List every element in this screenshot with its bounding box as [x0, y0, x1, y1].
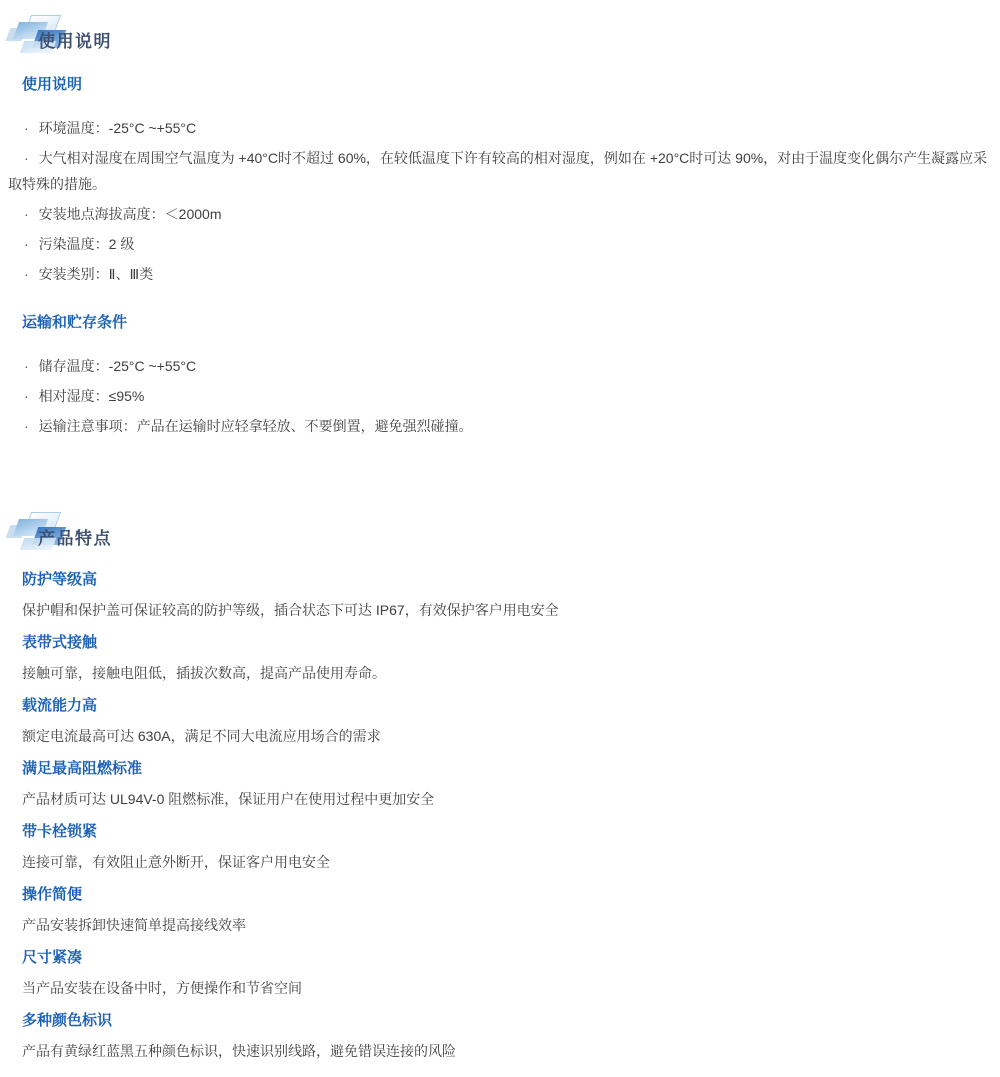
feature-item: 带卡栓锁紧 连接可靠，有效阻止意外断开，保证客户用电安全 [8, 822, 990, 872]
feature-text: 接触可靠，接触电阻低，插拔次数高，提高产品使用寿命。 [22, 663, 990, 683]
feature-text: 产品有黄绿红蓝黑五种颜色标识，快速识别线路，避免错误连接的风险 [22, 1041, 990, 1061]
usage-section-header: 使用说明 [8, 14, 990, 60]
feature-heading: 防护等级高 [22, 570, 990, 590]
feature-heading: 尺寸紧凑 [22, 948, 990, 968]
feature-heading: 操作简便 [22, 885, 990, 905]
features-section-title: 产品特点 [38, 524, 112, 549]
bullet-text: 安装类别：Ⅱ、Ⅲ类 [39, 266, 154, 282]
feature-heading: 带卡栓锁紧 [22, 822, 990, 842]
product-detail-page: 使用说明 使用说明 ·环境温度：-25°C ~+55°C ·大气相对湿度在周围空… [0, 0, 1000, 1077]
bullet-dot: · [24, 353, 29, 379]
transport-heading: 运输和贮存条件 [22, 313, 990, 333]
bullet-dot: · [24, 115, 29, 141]
bullet-text: 安装地点海拔高度：＜2000m [39, 206, 222, 222]
feature-item: 防护等级高 保护帽和保护盖可保证较高的防护等级，插合状态下可达 IP67，有效保… [8, 570, 990, 620]
bullet-dot: · [24, 261, 29, 287]
bullet-dot: · [24, 413, 29, 439]
transport-bullet: ·储存温度：-25°C ~+55°C [8, 353, 990, 379]
usage-section-title: 使用说明 [38, 27, 112, 52]
feature-heading: 载流能力高 [22, 696, 990, 716]
feature-text: 额定电流最高可达 630A，满足不同大电流应用场合的需求 [22, 726, 990, 746]
condition-bullet: ·安装地点海拔高度：＜2000m [8, 201, 990, 227]
bullet-text: 大气相对湿度在周围空气温度为 +40°C时不超过 60%，在较低温度下许有较高的… [8, 150, 987, 192]
bullet-text: 环境温度：-25°C ~+55°C [39, 120, 196, 136]
bullet-dot: · [24, 383, 29, 409]
condition-bullet: ·安装类别：Ⅱ、Ⅲ类 [8, 261, 990, 287]
feature-item: 满足最高阻燃标准 产品材质可达 UL94V-0 阻燃标准，保证用户在使用过程中更… [8, 759, 990, 809]
condition-bullet: ·环境温度：-25°C ~+55°C [8, 115, 990, 141]
feature-item: 操作简便 产品安装拆卸快速简单提高接线效率 [8, 885, 990, 935]
conditions-heading: 使用说明 [22, 75, 990, 95]
feature-text: 当产品安装在设备中时，方便操作和节省空间 [22, 978, 990, 998]
features-section-header: 产品特点 [8, 511, 990, 557]
bullet-text: 污染温度：2 级 [39, 236, 135, 252]
feature-item: 载流能力高 额定电流最高可达 630A，满足不同大电流应用场合的需求 [8, 696, 990, 746]
feature-heading: 表带式接触 [22, 633, 990, 653]
bullet-dot: · [24, 201, 29, 227]
feature-item: 多种颜色标识 产品有黄绿红蓝黑五种颜色标识，快速识别线路，避免错误连接的风险 [8, 1011, 990, 1061]
bullet-text: 储存温度：-25°C ~+55°C [39, 358, 196, 374]
feature-item: 表带式接触 接触可靠，接触电阻低，插拔次数高，提高产品使用寿命。 [8, 633, 990, 683]
bullet-text: 相对湿度：≤95% [39, 388, 145, 404]
condition-bullet: ·大气相对湿度在周围空气温度为 +40°C时不超过 60%，在较低温度下许有较高… [8, 145, 990, 197]
bullet-dot: · [24, 145, 29, 171]
condition-bullet: ·污染温度：2 级 [8, 231, 990, 257]
transport-bullet: ·运输注意事项：产品在运输时应轻拿轻放、不要倒置，避免强烈碰撞。 [8, 413, 990, 439]
feature-heading: 满足最高阻燃标准 [22, 759, 990, 779]
feature-text: 连接可靠，有效阻止意外断开，保证客户用电安全 [22, 852, 990, 872]
feature-item: 尺寸紧凑 当产品安装在设备中时，方便操作和节省空间 [8, 948, 990, 998]
bullet-dot: · [24, 231, 29, 257]
transport-bullet: ·相对湿度：≤95% [8, 383, 990, 409]
page-content: 使用说明 使用说明 ·环境温度：-25°C ~+55°C ·大气相对湿度在周围空… [0, 0, 1000, 1061]
feature-heading: 多种颜色标识 [22, 1011, 990, 1031]
feature-text: 保护帽和保护盖可保证较高的防护等级，插合状态下可达 IP67，有效保护客户用电安… [22, 600, 990, 620]
feature-text: 产品安装拆卸快速简单提高接线效率 [22, 915, 990, 935]
feature-text: 产品材质可达 UL94V-0 阻燃标准，保证用户在使用过程中更加安全 [22, 789, 990, 809]
bullet-text: 运输注意事项：产品在运输时应轻拿轻放、不要倒置，避免强烈碰撞。 [39, 418, 473, 434]
